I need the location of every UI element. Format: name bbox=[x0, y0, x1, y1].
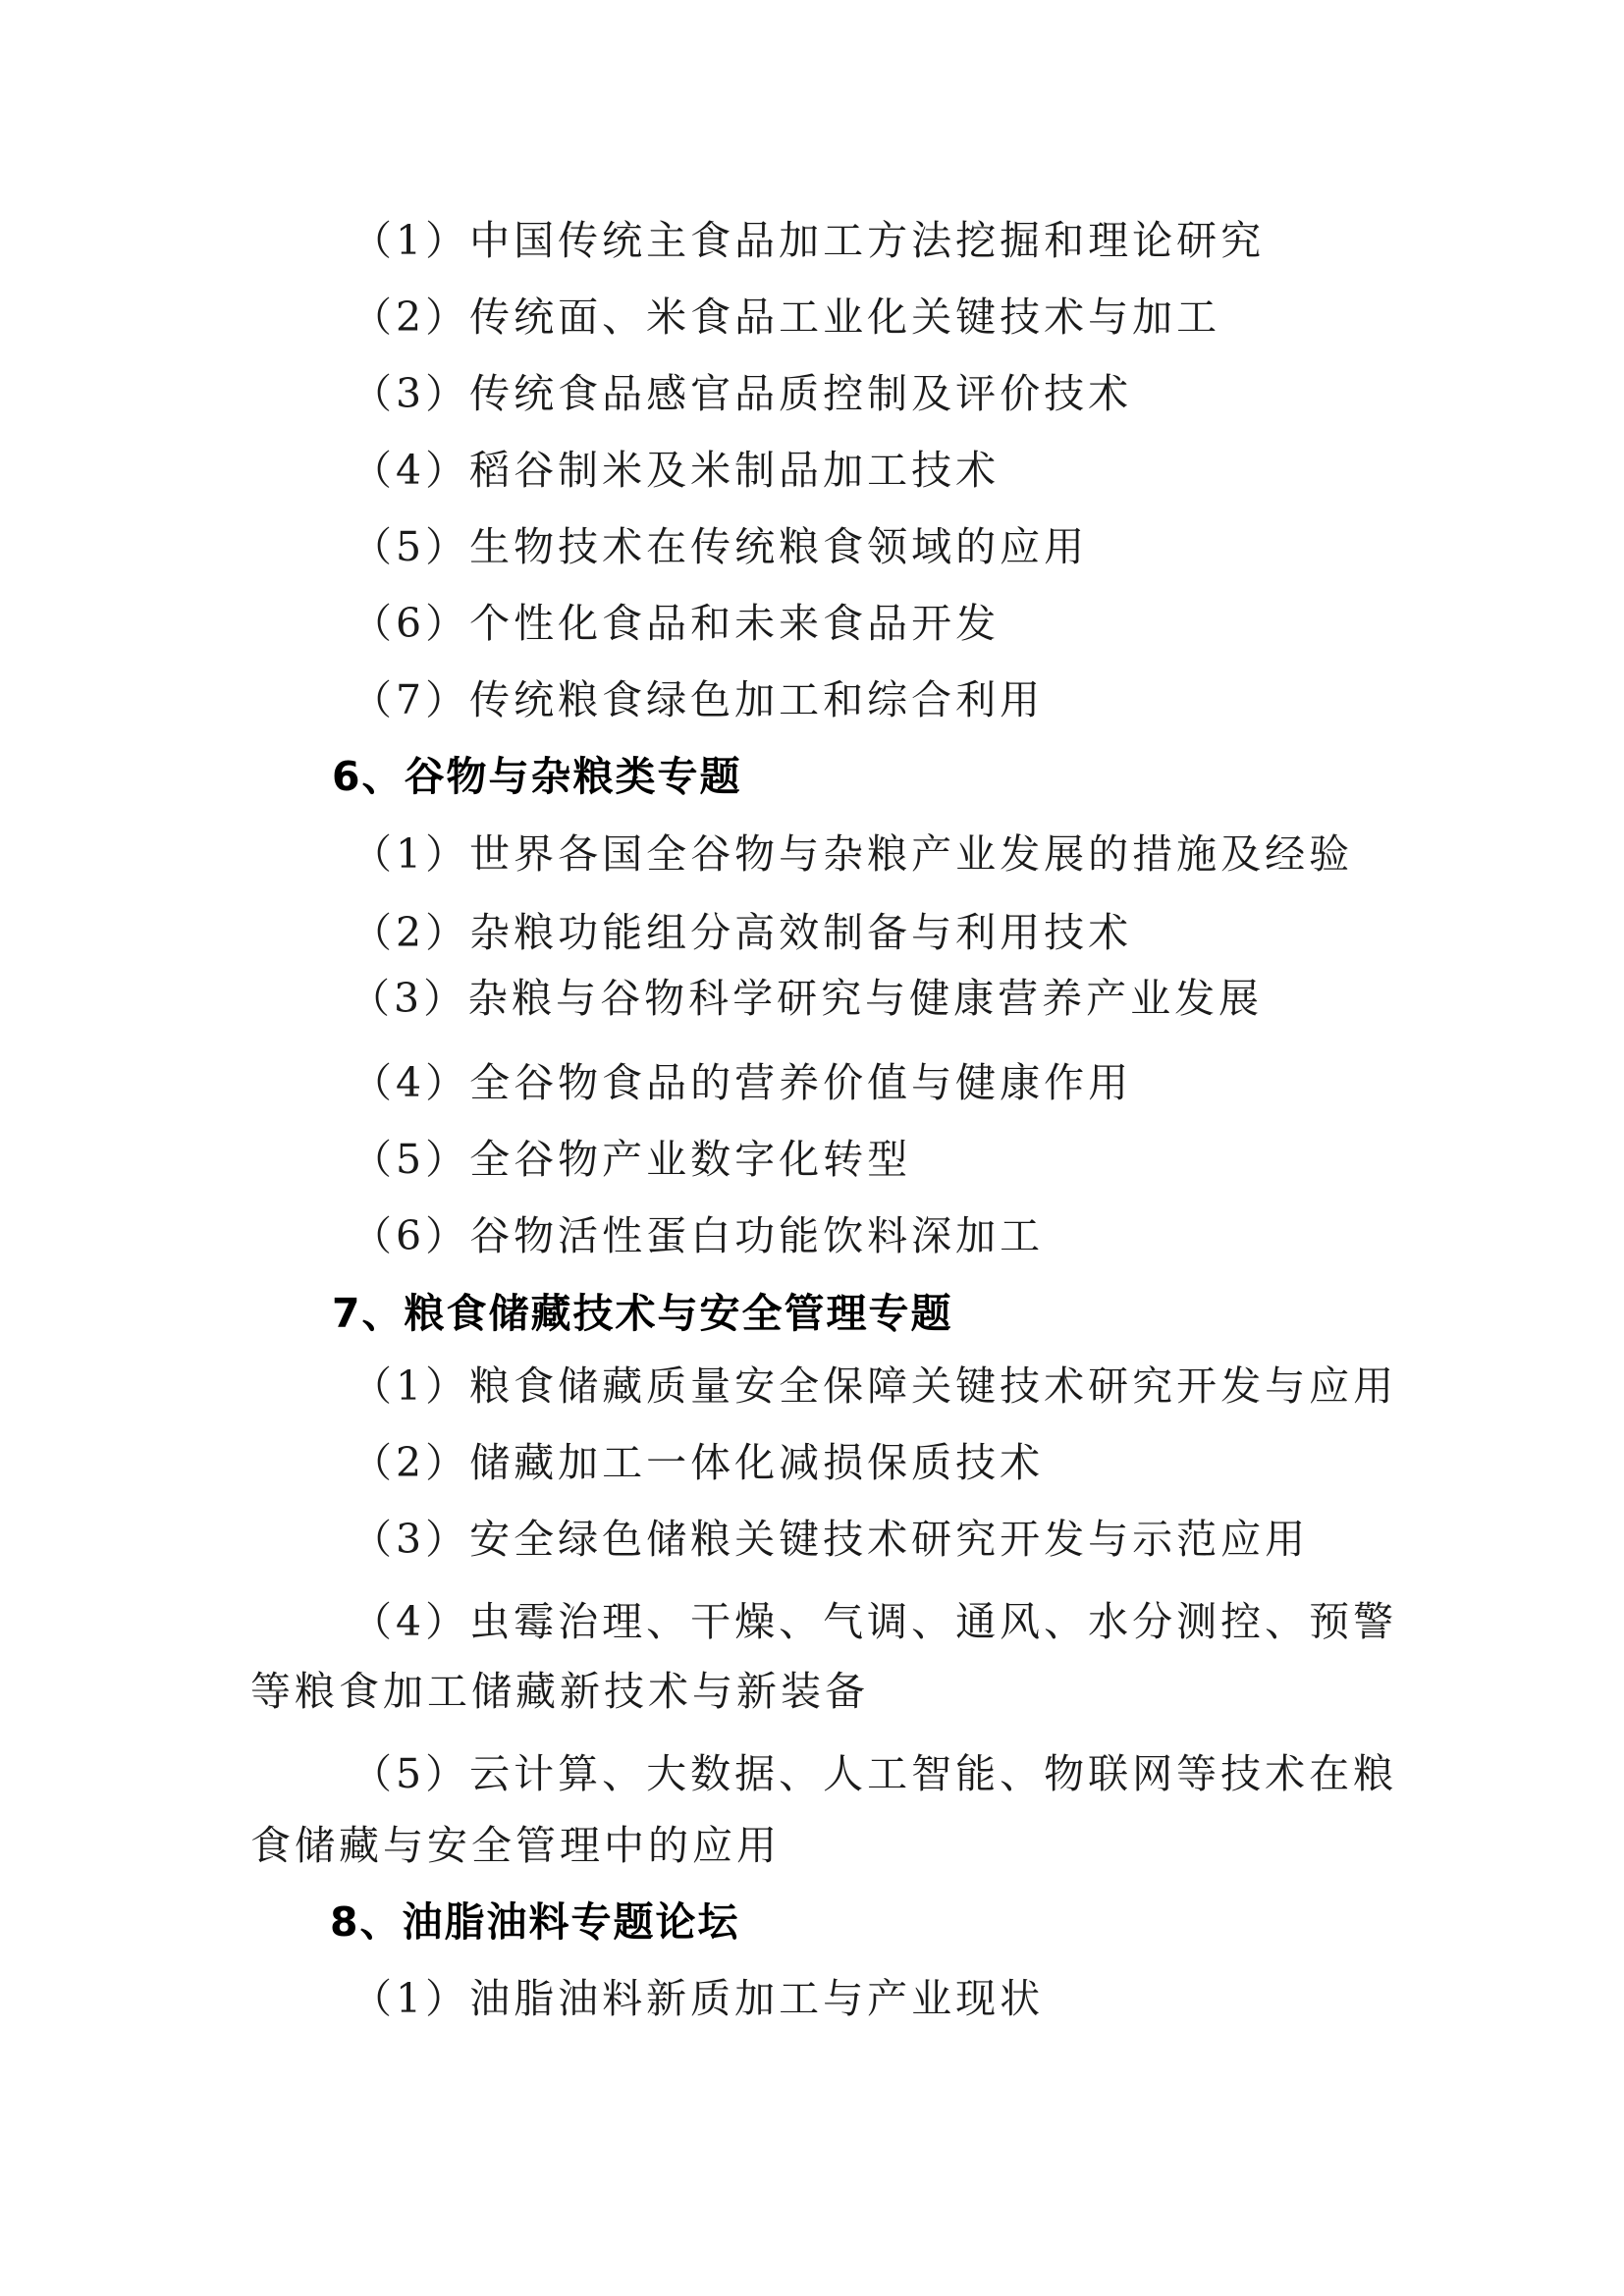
list-item: （2）储藏加工一体化减损保质技术 bbox=[352, 1433, 1044, 1492]
list-item: （6）谷物活性蛋白功能饮料深加工 bbox=[352, 1206, 1044, 1265]
list-item: （6）个性化食品和未来食品开发 bbox=[352, 594, 1000, 653]
list-item: （3）安全绿色储粮关键技术研究开发与示范应用 bbox=[352, 1510, 1309, 1569]
list-item: （1）粮食储藏质量安全保障关键技术研究开发与应用 bbox=[352, 1357, 1397, 1415]
list-item-continuation: 等粮食加工储藏新技术与新装备 bbox=[250, 1662, 869, 1721]
list-item: （3）杂粮与谷物科学研究与健康营养产业发展 bbox=[350, 969, 1263, 1028]
list-item: （1）世界各国全谷物与杂粮产业发展的措施及经验 bbox=[352, 825, 1353, 883]
list-item: （4）稻谷制米及米制品加工技术 bbox=[352, 441, 1000, 500]
document-page: （1）中国传统主食品加工方法挖掘和理论研究 （2）传统面、米食品工业化关键技术与… bbox=[0, 0, 1624, 2296]
list-item: （5）云计算、大数据、人工智能、物联网等技术在粮 bbox=[352, 1744, 1373, 1803]
list-item: （3）传统食品感官品质控制及评价技术 bbox=[352, 364, 1132, 423]
list-item: （2）传统面、米食品工业化关键技术与加工 bbox=[352, 288, 1220, 347]
list-item: （1）油脂油料新质加工与产业现状 bbox=[352, 1969, 1044, 2028]
list-item: （2）杂粮功能组分高效制备与利用技术 bbox=[352, 903, 1132, 962]
list-item-continuation: 食储藏与安全管理中的应用 bbox=[250, 1816, 781, 1875]
list-item: （7）传统粮食绿色加工和综合利用 bbox=[352, 670, 1044, 729]
section-heading: 8、油脂油料专题论坛 bbox=[330, 1893, 740, 1951]
section-heading: 6、谷物与杂粮类专题 bbox=[332, 747, 742, 806]
list-item: （1）中国传统主食品加工方法挖掘和理论研究 bbox=[352, 211, 1265, 270]
list-item: （4）虫霉治理、干燥、气调、通风、水分测控、预警 bbox=[352, 1592, 1373, 1651]
list-item: （5）生物技术在传统粮食领域的应用 bbox=[352, 517, 1088, 576]
section-heading: 7、粮食储藏技术与安全管理专题 bbox=[332, 1284, 953, 1343]
list-item: （5）全谷物产业数字化转型 bbox=[352, 1130, 911, 1189]
list-item: （4）全谷物食品的营养价值与健康作用 bbox=[352, 1053, 1132, 1112]
